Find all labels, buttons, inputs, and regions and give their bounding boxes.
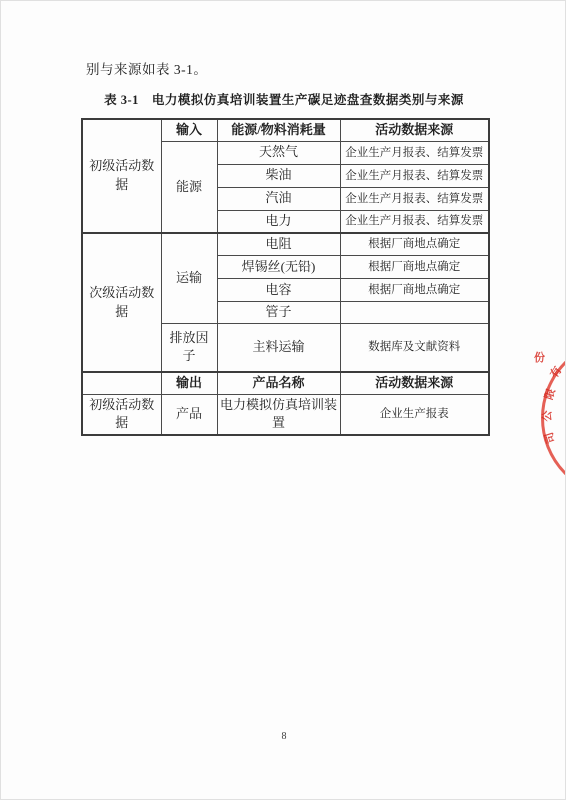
stamp-text: 司 [540,430,559,445]
cell-item: 主料运输 [217,324,340,372]
stamp-text: 有 [546,363,565,381]
stamp-text: 公 [539,411,555,422]
cell-empty [82,372,161,394]
cell-source: 企业生产月报表、结算发票 [340,141,489,164]
cell-item: 电力模拟仿真培训装置 [217,394,340,435]
cell-input-header: 输入 [161,119,217,141]
cell-product-label: 产品 [161,394,217,435]
cell-item: 电力 [217,210,340,233]
table-header-row: 初级活动数据 输入 能源/物料消耗量 活动数据来源 [82,119,489,141]
table-output-header-row: 输出 产品名称 活动数据来源 [82,372,489,394]
cell-item: 柴油 [217,164,340,187]
cell-source: 企业生产月报表、结算发票 [340,187,489,210]
document-page: 别与来源如表 3-1。 表 3-1 电力模拟仿真培训装置生产碳足迹盘查数据类别与… [0,0,566,800]
cell-primary-activity-label: 初级活动数据 [82,394,161,435]
cell-item: 管子 [217,302,340,324]
table-row-product: 初级活动数据 产品 电力模拟仿真培训装置 企业生产报表 [82,394,489,435]
cell-transport-label: 运输 [161,233,217,323]
cell-secondary-activity-label: 次级活动数据 [82,233,161,371]
table-title: 表 3-1 电力模拟仿真培训装置生产碳足迹盘查数据类别与来源 [1,90,566,108]
red-stamp: 份 有 限 公 司 [534,349,566,481]
cell-product-name-header: 产品名称 [217,372,340,394]
cell-activity-source-header: 活动数据来源 [340,372,489,394]
cell-emission-factor-label: 排放因子 [161,324,217,372]
cell-source [340,302,489,324]
paragraph-text: 别与来源如表 3-1。 [86,58,207,78]
cell-source: 根据厂商地点确定 [340,233,489,255]
cell-item: 焊锡丝(无铅) [217,256,340,279]
table-row-resistor: 次级活动数据 运输 电阻 根据厂商地点确定 [82,233,489,255]
cell-primary-activity-label: 初级活动数据 [82,119,161,233]
cell-energy-label: 能源 [161,141,217,233]
cell-source: 企业生产月报表、结算发票 [340,164,489,187]
carbon-footprint-table: 初级活动数据 输入 能源/物料消耗量 活动数据来源 能源 天然气 企业生产月报表… [81,118,490,436]
cell-source: 根据厂商地点确定 [340,279,489,302]
stamp-ring-icon [541,349,566,481]
cell-item: 天然气 [217,141,340,164]
cell-source: 根据厂商地点确定 [340,256,489,279]
cell-output-header: 输出 [161,372,217,394]
cell-source: 企业生产报表 [340,394,489,435]
cell-activity-source-header: 活动数据来源 [340,119,489,141]
cell-item: 汽油 [217,187,340,210]
cell-source: 企业生产月报表、结算发票 [340,210,489,233]
stamp-text: 限 [540,386,559,401]
cell-consumption-header: 能源/物料消耗量 [217,119,340,141]
cell-item: 电阻 [217,233,340,255]
cell-item: 电容 [217,279,340,302]
page-number: 8 [1,731,566,742]
cell-source: 数据库及文献资料 [340,324,489,372]
stamp-text: 份 [534,349,545,365]
